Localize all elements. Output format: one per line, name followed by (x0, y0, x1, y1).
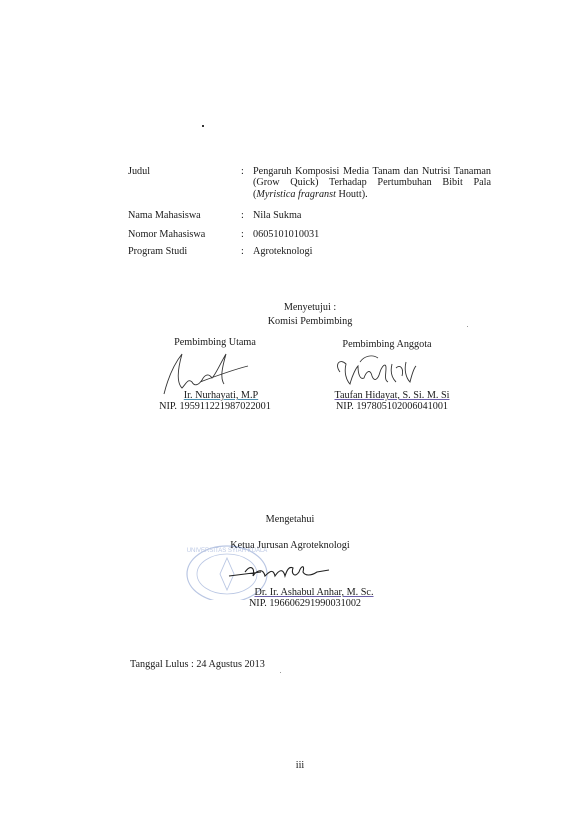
student-name-label: Nama Mahasiswa (128, 210, 201, 222)
title-label: Judul (128, 166, 150, 178)
scientific-name: Myristica fragranst (256, 189, 336, 200)
department-head-signature (225, 558, 335, 588)
graduation-date: Tanggal Lulus : 24 Agustus 2013 (130, 659, 265, 671)
member-supervisor-signature (330, 354, 425, 394)
student-number-value: 0605101010031 (253, 229, 319, 241)
study-program-colon: : (241, 246, 244, 258)
main-supervisor-nip: NIP. 195911221987022001 (140, 401, 290, 413)
title-value: Pengaruh Komposisi Media Tanam dan Nutri… (253, 166, 491, 200)
member-supervisor-role: Pembimbing Anggota (312, 339, 462, 351)
approval-heading: Menyetujui : (200, 302, 420, 314)
student-number-label: Nomor Mahasiswa (128, 229, 205, 241)
title-colon: : (241, 166, 244, 178)
title-value-part: Houtt). (336, 189, 368, 200)
student-name-value: Nila Sukma (253, 210, 301, 222)
committee-heading: Komisi Pembimbing (200, 316, 420, 328)
member-supervisor-nip: NIP. 197805102006041001 (312, 401, 472, 413)
acknowledgement-heading: Mengetahui (190, 514, 390, 526)
page-number: iii (280, 760, 320, 772)
scan-speck (280, 672, 281, 673)
scan-speck (467, 326, 468, 327)
study-program-label: Program Studi (128, 246, 187, 258)
student-number-colon: : (241, 229, 244, 241)
stray-dot-mark (202, 125, 204, 127)
study-program-value: Agroteknologi (253, 246, 312, 258)
student-name-colon: : (241, 210, 244, 222)
department-head-nip: NIP. 196606291990031002 (205, 598, 405, 610)
svg-text:UNIVERSITAS SYIAH KUALA: UNIVERSITAS SYIAH KUALA (187, 548, 268, 554)
